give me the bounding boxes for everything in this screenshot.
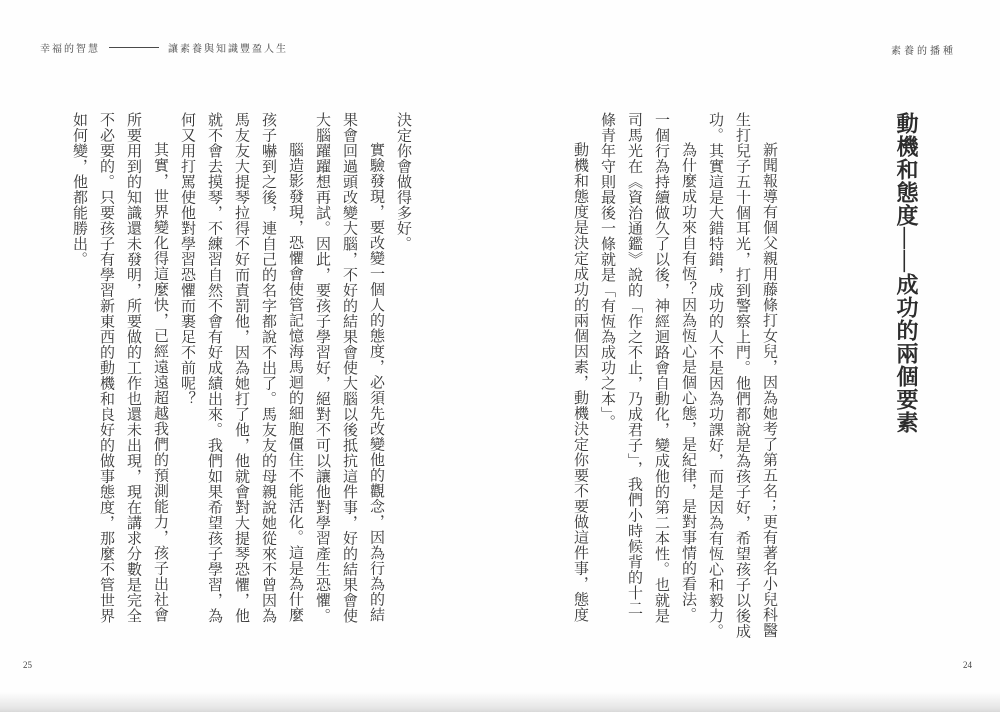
text-column: 條青年守則最後一條就是「有恆為成功之本」。 (593, 112, 620, 648)
running-head-right: 素養的播種 (891, 42, 956, 57)
book-spread: 幸福的智慧 讓素養與知識豐盈人生 素養的播種 動機和態度——成功的兩個要素 新聞… (0, 0, 1000, 712)
section-title: 素養的播種 (891, 46, 956, 57)
text-column: 生打兒子五十個耳光，打到警察上門。他們都說是為孩子好，希望孩子以後成 (728, 112, 755, 648)
right-page-text: 動機和態度——成功的兩個要素 新聞報導有個父親用藤條打女兒，因為她考了第五名；更… (566, 112, 928, 648)
page-number-right: 24 (963, 660, 972, 670)
text-column: 其實，世界變化得這麼快，已經遠遠超越我們的預測能力，孩子出社會 (146, 112, 173, 648)
running-head-left: 幸福的智慧 讓素養與知識豐盈人生 (40, 40, 288, 55)
text-column: 新聞報導有個父親用藤條打女兒，因為她考了第五名；更有著名小兒科醫 (755, 112, 782, 648)
text-column: 司馬光在《資治通鑑》說的「作之不止，乃成君子」，我們小時候背的十二 (620, 112, 647, 648)
title-rule (109, 47, 159, 48)
text-column: 所要用到的知識還未發明，所要做的工作也還未出現，現在講求分數是完全 (119, 112, 146, 648)
text-column: 為什麼成功來自有恆？因為恆心是個心態，是紀律，是對事情的看法。 (674, 112, 701, 648)
text-column: 就不會去摸琴，不練習自然不會有好成績出來。我們如果希望孩子學習，為 (200, 112, 227, 648)
text-column: 果會回過頭改變大腦，不好的結果會使大腦以後抵抗這件事，好的結果會使 (335, 112, 362, 648)
text-column: 何又用打罵使他對學習恐懼而裹足不前呢？ (173, 112, 200, 648)
text-column: 孩子嚇到之後，連自己的名字都說不出了。馬友友的母親說她從來不曾因為 (254, 112, 281, 648)
page-edge-shadow (0, 692, 1000, 712)
text-column: 動機和態度是決定成功的兩個因素，動機決定你要不要做這件事，態度 (566, 112, 593, 648)
text-column: 腦造影發現，恐懼會使管記憶海馬迴的細胞僵住不能活化。這是為什麼 (281, 112, 308, 648)
text-column: 如何變，他都能勝出。 (65, 112, 92, 648)
chapter-title: 動機和態度——成功的兩個要素 (884, 112, 928, 648)
left-page-text: 決定你會做得多好。 實驗發現，要改變一個人的態度，必須先改變他的觀念，因為行為的… (64, 112, 416, 648)
text-column: 功。其實這是大錯特錯，成功的人不是因為功課好，而是因為有恆心和毅力。 (701, 112, 728, 648)
text-column: 不必要的。只要孩子有學習新東西的動機和良好的做事態度，那麼不管世界 (92, 112, 119, 648)
text-column: 實驗發現，要改變一個人的態度，必須先改變他的觀念，因為行為的結 (362, 112, 389, 648)
text-column: 大腦躍躍想再試。因此，要孩子學習好，絕對不可以讓他對學習產生恐懼。 (308, 112, 335, 648)
text-column: 馬友友大提琴拉得不好而責罰他，因為她打了他，他就會對大提琴恐懼，他 (227, 112, 254, 648)
text-column: 決定你會做得多好。 (389, 112, 416, 648)
book-title: 幸福的智慧 (40, 40, 100, 55)
page-number-left: 25 (23, 660, 32, 670)
text-column: 一個行為持續做久了以後，神經迴路會自動化，變成他的第二本性。也就是 (647, 112, 674, 648)
book-tagline: 讓素養與知識豐盈人生 (168, 40, 288, 55)
